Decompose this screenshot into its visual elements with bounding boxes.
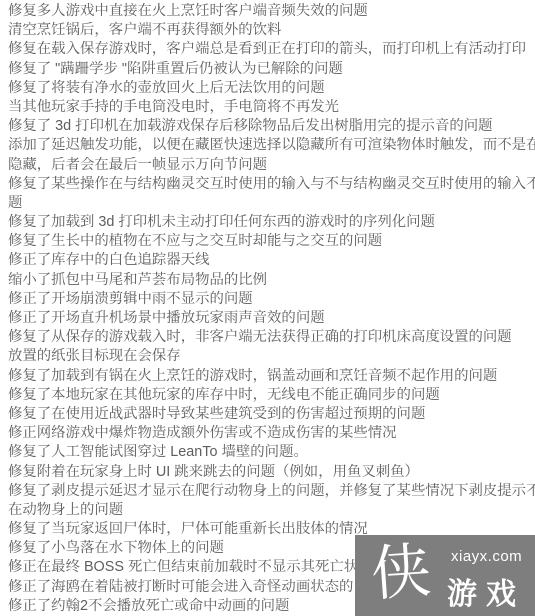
patch-note-line: 修正了开场崩溃剪辑中雨不显示的问题 (8, 290, 535, 309)
patch-note-line: 修复了剥皮提示延迟才显示在爬行动物身上的问题，并修复了某些情况下剥皮提示不会显示 (8, 482, 535, 501)
patch-note-line: 修复了人工智能试图穿过 LeanTo 墙壁的问题。 (8, 443, 535, 462)
patch-note-line: 修复了加载到有锅在火上烹饪的游戏时，锅盖动画和烹饪音频不起作用的问题 (8, 367, 535, 386)
patch-note-line: 修复多人游戏中直接在火上烹饪时客户端音频失效的问题 (8, 2, 535, 21)
watermark: 侠 xiayx.com 游戏 (355, 535, 535, 616)
patch-note-line: 修复了生长中的植物在不应与之交互时却能与之交互的问题 (8, 232, 535, 251)
patch-note-line: 修正了库存中的白色追踪器天线 (8, 251, 535, 270)
watermark-site-name: 游戏 (447, 569, 525, 613)
patch-note-line: 修复了将装有净水的壶放回火上后无法饮用的问题 (8, 79, 535, 98)
patch-notes-page: { "page": { "background": "#ffffff", "te… (0, 0, 535, 616)
patch-note-line: 清空烹饪锅后，客户端不再获得额外的饮料 (8, 21, 535, 40)
patch-note-line: 修复了本地玩家在其他玩家的库存中时，无线电不能正确同步的问题 (8, 386, 535, 405)
patch-note-line: 修复了某些操作在与结构幽灵交互时使用的输入与不与结构幽灵交互时使用的输入不同的问 (8, 175, 535, 194)
patch-note-line: 修复了从保存的游戏载入时，非客户端无法获得正确的打印机床高度设置的问题 (8, 328, 535, 347)
watermark-site-url: xiayx.com (451, 548, 522, 565)
watermark-logo-char: 侠 (369, 541, 433, 605)
patch-note-line: 在动物身上的问题 (8, 501, 535, 520)
patch-note-line: 修复了在使用近战武器时导致某些建筑受到的伤害超过预期的问题 (8, 405, 535, 424)
patch-note-line: 修复在载入保存游戏时，客户端总是看到正在打印的箭头，而打印机上有活动打印 (8, 40, 535, 59)
patch-note-line: 题 (8, 194, 535, 213)
patch-note-line: 放置的纸张目标现在会保存 (8, 347, 535, 366)
patch-note-line: 添加了延迟触发功能，以便在藏匿快速选择以隐藏所有可渲染物体时触发，而不是在销毁时 (8, 136, 535, 155)
patch-notes-list: 修复多人游戏中直接在火上烹饪时客户端音频失效的问题清空烹饪锅后，客户端不再获得额… (8, 2, 535, 616)
patch-note-line: 隐藏，后者会在最后一帧显示万向节问题 (8, 156, 535, 175)
patch-note-line: 修正了开场直升机场景中播放玩家雨声音效的问题 (8, 309, 535, 328)
patch-note-line: 修复了 3d 打印机在加载游戏保存后移除物品后发出树脂用完的提示音的问题 (8, 117, 535, 136)
patch-note-line: 修复了 "蹒跚学步 "陷阱重置后仍被认为已解除的问题 (8, 60, 535, 79)
patch-note-line: 修正网络游戏中爆炸物造成额外伤害或不造成伤害的某些情况 (8, 424, 535, 443)
patch-note-line: 当其他玩家手持的手电筒没电时，手电筒将不再发光 (8, 98, 535, 117)
patch-note-line: 修复了加载到 3d 打印机未主动打印任何东西的游戏时的序列化问题 (8, 213, 535, 232)
patch-note-line: 修复附着在玩家身上时 UI 跳来跳去的问题（例如，用鱼叉刺鱼） (8, 463, 535, 482)
patch-note-line: 缩小了抓包中马尾和芦荟布局物品的比例 (8, 271, 535, 290)
